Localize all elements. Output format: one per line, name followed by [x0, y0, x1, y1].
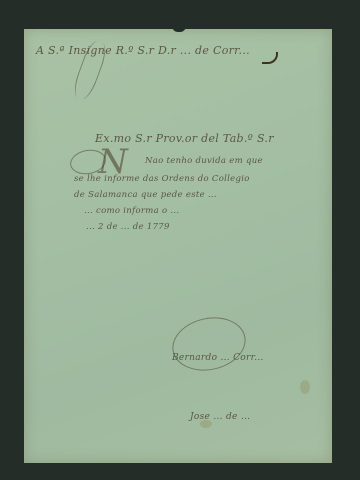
- signature-2: Jose ... de ...: [190, 412, 250, 422]
- body-line-2: se lhe informe das Ordens do Collegio: [74, 174, 250, 184]
- body-line-3: de Salamanca que pede este ...: [74, 190, 217, 200]
- manuscript-page: [24, 29, 332, 463]
- stain: [300, 380, 310, 394]
- body-line-1: Nao tenho duvida em que: [145, 156, 263, 166]
- header-line: A S.ª Insigne R.º S.r D.r ... de Corr...: [36, 44, 250, 57]
- date-line: ... 2 de ... de 1779: [86, 222, 170, 232]
- body-line-4: ... como informa o ...: [84, 206, 179, 216]
- signature-1: Bernardo ... Corr...: [172, 353, 264, 363]
